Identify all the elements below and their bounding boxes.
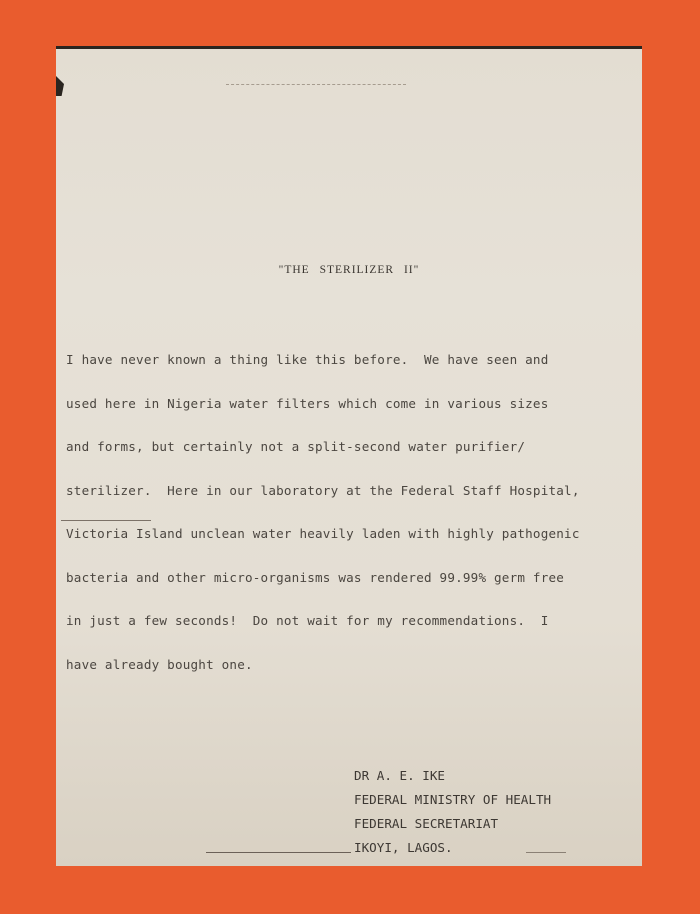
body-line: used here in Nigeria water filters which…: [66, 396, 580, 440]
document-page: "THE STERILIZER II" I have never known a…: [56, 46, 642, 866]
body-line: in just a few seconds! Do not wait for m…: [66, 613, 580, 657]
faint-header-rule: [226, 84, 406, 86]
signatory-location: IKOYI, LAGOS.: [354, 836, 551, 860]
body-line: have already bought one.: [66, 657, 580, 701]
footer-rule-right: [526, 852, 566, 853]
body-line: I have never known a thing like this bef…: [66, 352, 580, 396]
body-line: Victoria Island unclean water heavily la…: [66, 526, 580, 570]
signatory-office: FEDERAL SECRETARIAT: [354, 812, 551, 836]
signature-block: DR A. E. IKEFEDERAL MINISTRY OF HEALTHFE…: [354, 764, 551, 860]
torn-corner: [56, 76, 64, 96]
pen-underline-mark: [61, 520, 151, 521]
document-title: "THE STERILIZER II": [56, 264, 642, 276]
signatory-ministry: FEDERAL MINISTRY OF HEALTH: [354, 788, 551, 812]
body-line: and forms, but certainly not a split-sec…: [66, 439, 580, 483]
body-line: bacteria and other micro-organisms was r…: [66, 570, 580, 614]
testimonial-body: I have never known a thing like this bef…: [66, 352, 580, 700]
footer-rule: [206, 852, 351, 853]
signatory-name: DR A. E. IKE: [354, 764, 551, 788]
